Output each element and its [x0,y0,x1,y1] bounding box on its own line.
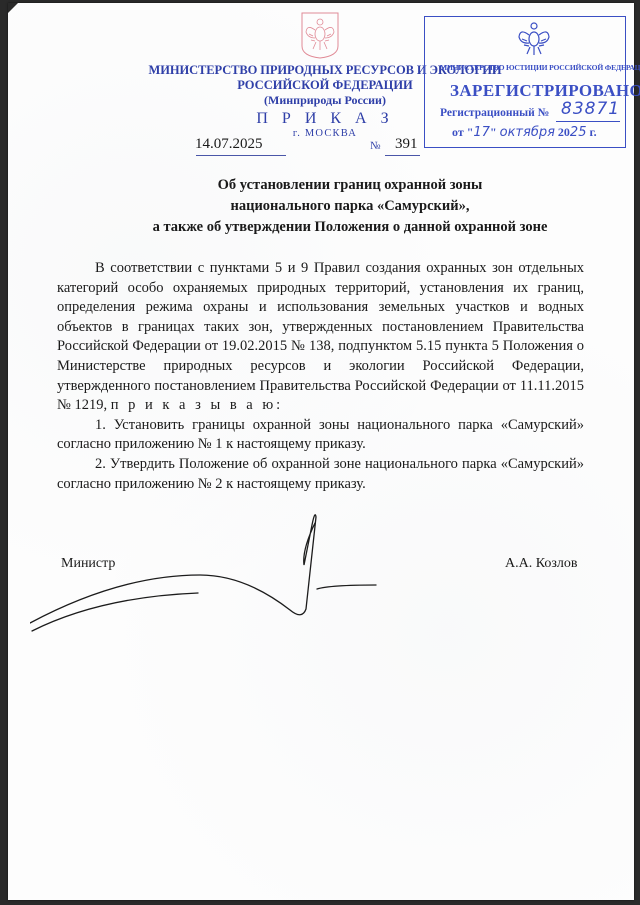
stamp-date-mid: " [490,125,500,139]
stamp-date-day: 17 [473,125,490,140]
stamp-reg-label: Регистрационный № [440,107,549,119]
stamp-date-end: г. [586,125,596,139]
preamble-text: В соответствии с пунктами 5 и 9 Правил с… [57,260,584,413]
handwritten-signature [30,505,430,645]
title-line1: Об установлении границ охранной зоны [0,175,640,196]
document-title: Об установлении границ охранной зоны нац… [0,175,640,238]
order-item-1: 1. Установить границы охранной зоны наци… [57,416,584,455]
stamp-registered: ЗАРЕГИСТРИРОВАНО [450,81,640,101]
number-underline [385,155,420,156]
stamp-ministry-name: МИНИСТЕРСТВО ЮСТИЦИИ РОССИЙСКОЙ ФЕДЕРАЦИ… [440,63,626,72]
signatory-name: А.А. Козлов [505,556,578,572]
stamp-date-year-suffix: 25 [570,125,587,140]
order-date: 14.07.2025 [195,136,263,153]
stamp-reg-underline [556,121,620,122]
document-body: В соответствии с пунктами 5 и 9 Правил с… [57,259,584,494]
stamp-date: от "17" октября 2025 г. [452,125,597,140]
page-corner-fold [8,3,18,13]
preamble-paragraph: В соответствии с пунктами 5 и 9 Правил с… [57,259,584,416]
order-item-2: 2. Утвердить Положение об охранной зоне … [57,455,584,494]
title-line3: а также об утверждении Положения о данно… [0,217,640,238]
title-line2: национального парка «Самурский», [0,196,640,217]
order-number: 391 [395,136,418,153]
coat-of-arms-icon [301,12,339,59]
order-word: п р и к а з ы в а ю: [111,397,284,413]
number-sign: № [370,140,381,152]
stamp-date-year-prefix: 20 [555,125,570,139]
stamp-coat-of-arms-icon [515,20,553,58]
stamp-reg-number: 83871 [561,99,620,119]
date-underline [196,155,286,156]
stamp-date-month: октября [500,125,555,140]
stamp-date-prefix: от " [452,125,473,139]
